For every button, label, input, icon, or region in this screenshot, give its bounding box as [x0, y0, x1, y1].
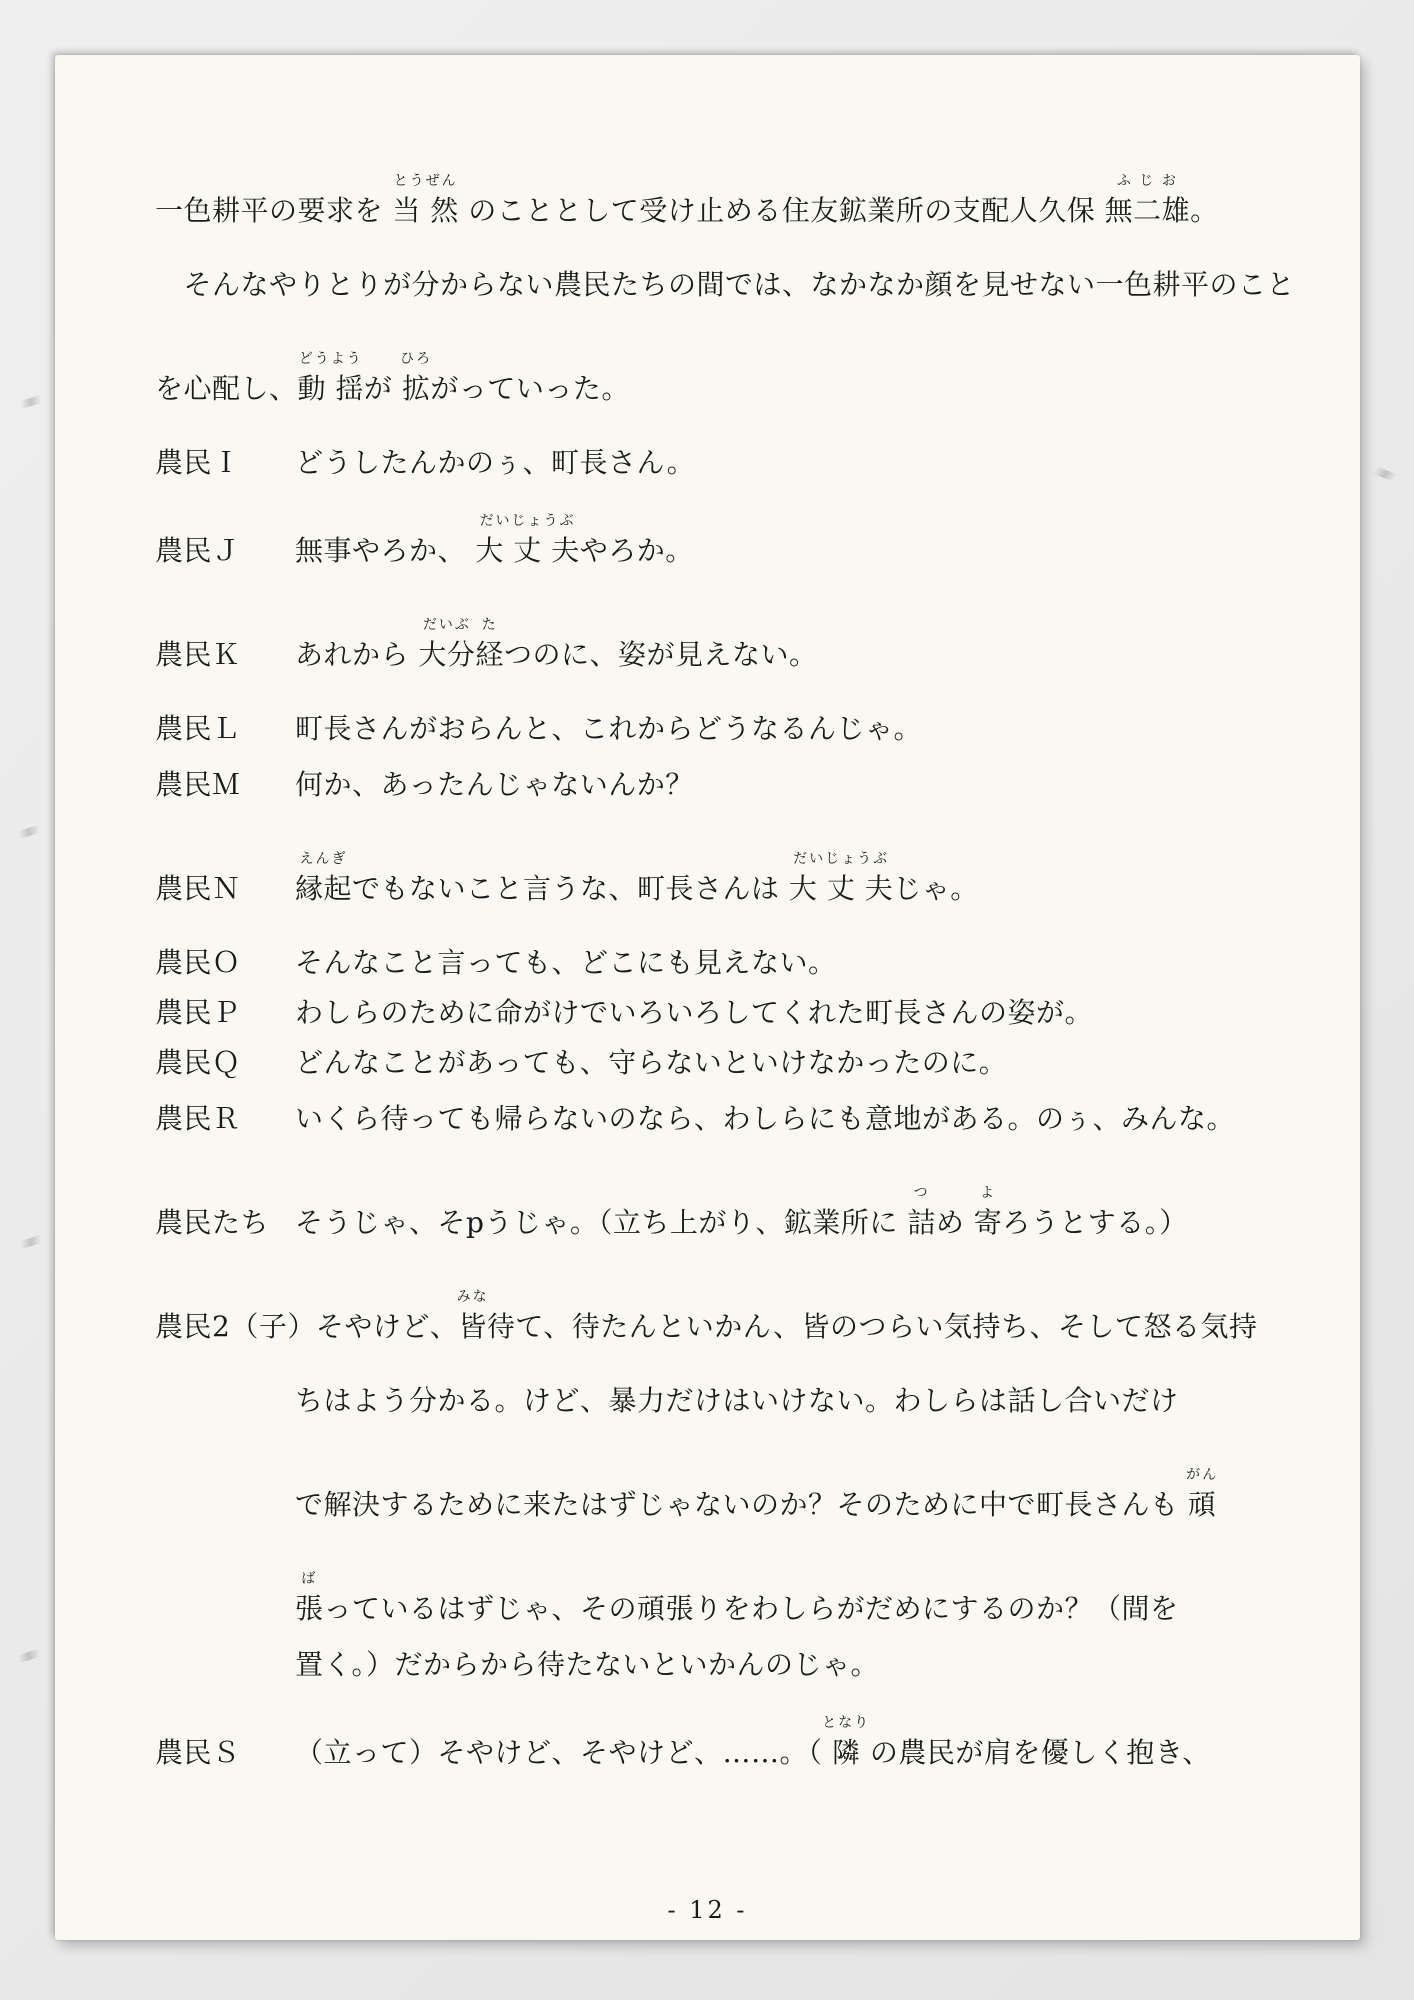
speaker-label: 農民Ｎ	[155, 869, 295, 909]
speaker-label	[155, 1589, 295, 1629]
speaker-label: 農民Ｑ	[155, 1043, 295, 1083]
scan-crease	[1371, 466, 1398, 482]
line-text: そやけど、皆みな待て、待たんといかん、皆のつらい気持ち、そして怒る気持	[316, 1307, 1270, 1347]
script-line: 農民Ｑ どんなことがあっても、守らないといけなかったのに。	[155, 1043, 1270, 1083]
script-line: 一色耕平の要求を 当 然とうぜん のこととして受け止める住友鉱業所の支配人久保 …	[155, 191, 1270, 231]
line-text: で解決するために来たはずじゃないのか？そのために中で町長さんも 頑がん	[295, 1485, 1270, 1525]
speaker-label: 農民Ｊ	[155, 531, 295, 571]
document-page: 一色耕平の要求を 当 然とうぜん のこととして受け止める住友鉱業所の支配人久保 …	[55, 55, 1360, 1940]
line-text: 一色耕平の要求を 当 然とうぜん のこととして受け止める住友鉱業所の支配人久保 …	[155, 191, 1270, 231]
script-line: 張ばっているはずじゃ、その頑張りをわしらがだめにするのか？（間を	[155, 1589, 1270, 1629]
script-line: 農民Ｌ 町長さんがおらんと、これからどうなるんじゃ。	[155, 709, 1270, 749]
script-line: 農民たち そうじゃ、そpうじゃ。（立ち上がり、鉱業所に 詰つめ 寄よろうとする。…	[155, 1203, 1270, 1243]
line-text: そんなこと言っても、どこにも見えない。	[295, 943, 1270, 983]
scan-crease	[17, 394, 44, 410]
script-line: 農民Ｊ 無事やろか、 大 丈 夫だいじょうぶやろか。	[155, 531, 1270, 571]
line-text: どんなことがあっても、守らないといけなかったのに。	[295, 1043, 1270, 1083]
script-line: 農民Ｉ どうしたんかのぅ、町長さん。	[155, 443, 1270, 483]
speaker-label: 農民Ｍ	[155, 765, 295, 805]
line-text: あれから 大分だいぶ経たつのに、姿が見えない。	[295, 635, 1270, 675]
script-line: を心配し、動 揺どうようが 拡ひろがっていった。	[155, 369, 1270, 409]
script-line: 農民Ｋ あれから 大分だいぶ経たつのに、姿が見えない。	[155, 635, 1270, 675]
speaker-label	[155, 1645, 295, 1685]
script-line: で解決するために来たはずじゃないのか？そのために中で町長さんも 頑がん	[155, 1485, 1270, 1525]
page-number: - 12 -	[55, 1896, 1360, 1924]
speaker-label: 農民Ｐ	[155, 993, 295, 1033]
script-line: 農民Ｏ そんなこと言っても、どこにも見えない。	[155, 943, 1270, 983]
scan-crease	[15, 1648, 42, 1664]
scan-crease	[17, 1234, 44, 1250]
script-line: 農民Ｐ わしらのために命がけでいろいろしてくれた町長さんの姿が。	[155, 993, 1270, 1033]
script-line: ちはよう分かる。けど、暴力だけはいけない。わしらは話し合いだけ	[155, 1381, 1270, 1421]
line-text: （立って）そやけど、そやけど、……。（ 隣となり の農民が肩を優しく抱き、	[295, 1733, 1270, 1773]
line-text: 何か、あったんじゃないんか？	[295, 765, 1270, 805]
script-line: 農民2（子） そやけど、皆みな待て、待たんといかん、皆のつらい気持ち、そして怒る…	[155, 1307, 1270, 1347]
line-text: を心配し、動 揺どうようが 拡ひろがっていった。	[155, 369, 1270, 409]
line-text: どうしたんかのぅ、町長さん。	[295, 443, 1270, 483]
line-text: 町長さんがおらんと、これからどうなるんじゃ。	[295, 709, 1270, 749]
speaker-label	[155, 1381, 295, 1421]
script-line: 置く。）だからから待たないといかんのじゃ。	[155, 1645, 1270, 1685]
line-text: そんなやりとりが分からない農民たちの間では、なかなか顔を見せない一色耕平のこと	[155, 265, 1295, 305]
line-text: 張ばっているはずじゃ、その頑張りをわしらがだめにするのか？（間を	[295, 1589, 1270, 1629]
script-line: 農民Ｎ 縁起えんぎでもないこと言うな、町長さんは 大 丈 夫だいじょうぶじゃ。	[155, 869, 1270, 909]
script-line: 農民Ｓ （立って）そやけど、そやけど、……。（ 隣となり の農民が肩を優しく抱き…	[155, 1733, 1270, 1773]
script-body: 一色耕平の要求を 当 然とうぜん のこととして受け止める住友鉱業所の支配人久保 …	[155, 55, 1270, 1773]
line-text: 無事やろか、 大 丈 夫だいじょうぶやろか。	[295, 531, 1270, 571]
speaker-label	[155, 1485, 295, 1525]
speaker-label: 農民Ｏ	[155, 943, 295, 983]
script-line: 農民Ｒ いくら待っても帰らないのなら、わしらにも意地がある。のぅ、みんな。	[155, 1099, 1270, 1139]
speaker-label: 農民Ｒ	[155, 1099, 295, 1139]
line-text: いくら待っても帰らないのなら、わしらにも意地がある。のぅ、みんな。	[295, 1099, 1270, 1139]
line-text: 縁起えんぎでもないこと言うな、町長さんは 大 丈 夫だいじょうぶじゃ。	[295, 869, 1270, 909]
speaker-label: 農民Ｉ	[155, 443, 295, 483]
speaker-label: 農民たち	[155, 1203, 295, 1243]
line-text: ちはよう分かる。けど、暴力だけはいけない。わしらは話し合いだけ	[295, 1381, 1270, 1421]
line-text: そうじゃ、そpうじゃ。（立ち上がり、鉱業所に 詰つめ 寄よろうとする。）	[295, 1203, 1270, 1243]
scan-background: 一色耕平の要求を 当 然とうぜん のこととして受け止める住友鉱業所の支配人久保 …	[0, 0, 1414, 2000]
speaker-label: 農民Ｋ	[155, 635, 295, 675]
line-text: 置く。）だからから待たないといかんのじゃ。	[295, 1645, 1270, 1685]
speaker-label: 農民Ｓ	[155, 1733, 295, 1773]
speaker-label: 農民Ｌ	[155, 709, 295, 749]
scan-crease	[15, 824, 42, 840]
script-line: 農民Ｍ 何か、あったんじゃないんか？	[155, 765, 1270, 805]
script-line: そんなやりとりが分からない農民たちの間では、なかなか顔を見せない一色耕平のこと	[155, 265, 1270, 305]
line-text: わしらのために命がけでいろいろしてくれた町長さんの姿が。	[295, 993, 1270, 1033]
speaker-label: 農民2（子）	[155, 1307, 316, 1347]
